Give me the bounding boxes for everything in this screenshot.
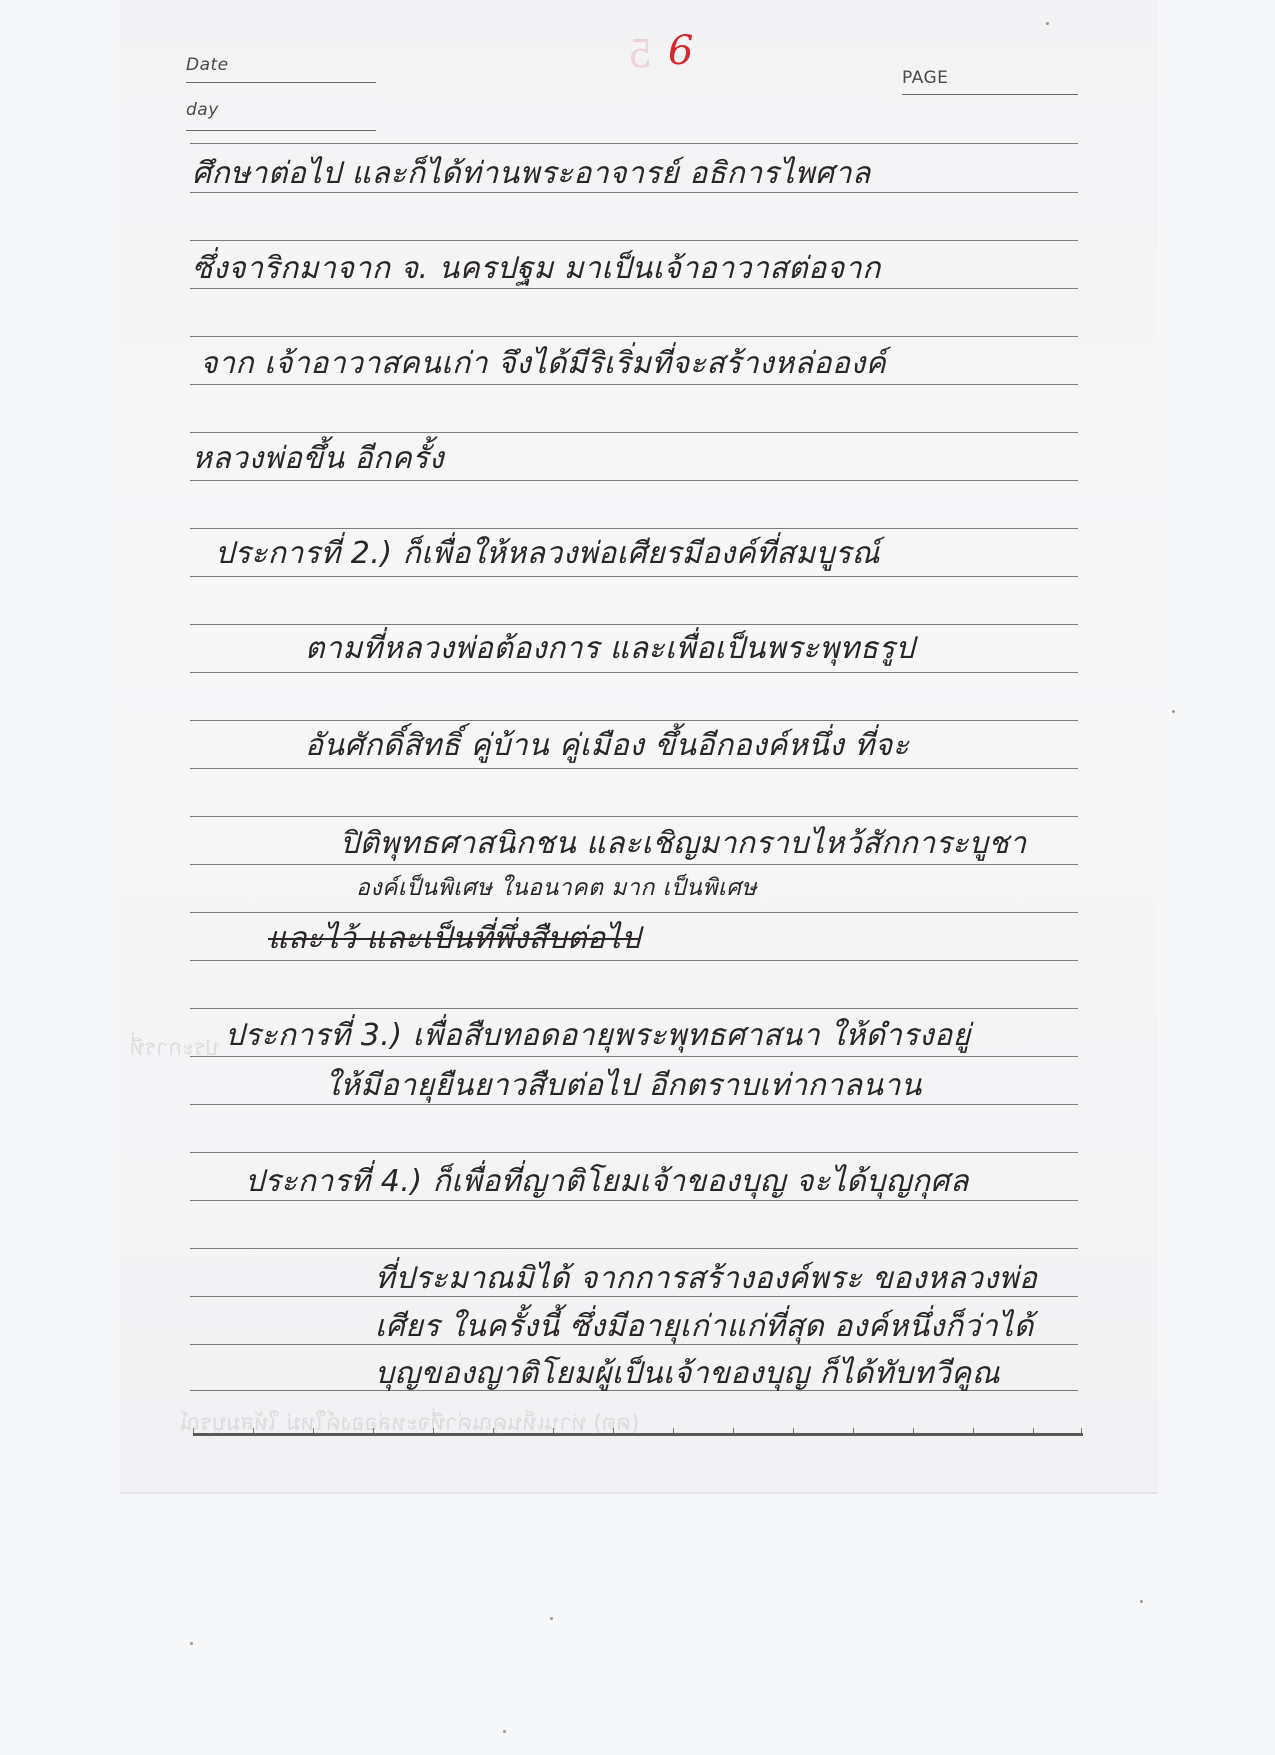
text-line-7: อันศักดิ์สิทธิ์ คู่บ้าน คู่เมือง ขึ้นอีก… [305,722,909,769]
text-line-5-item-2: ประการที่ 2.) ก็เพื่อให้หลวงพ่อเศียรมีอง… [215,530,880,577]
text-line-10: และไว้ และเป็นที่พึ่งสืบต่อไป [268,915,641,962]
rule [190,336,1078,337]
date-rule [186,82,376,83]
text-line-9-insertion: องค์เป็นพิเศษ ในอนาคต มาก เป็นพิเศษ [356,870,757,906]
text-line-15: เศียร ในครั้งนี้ ซึ่งมีอายุเก่าแก่ที่สุด… [375,1303,1034,1350]
text-line-1: ศึกษาต่อไป และก็ได้ท่านพระอาจารย์ อธิการ… [192,150,871,197]
bleed-through-left: ประการที่ [130,1030,220,1065]
page-number: 6 [668,28,693,74]
page-label: PAGE [902,68,948,88]
text-line-3: จาก เจ้าอาวาสคนเก่า จึงได้มีริเริ่มที่จะ… [200,340,886,387]
date-label: Date [186,55,229,75]
rule [190,912,1078,913]
ghost-page-number: 5 [628,32,652,76]
rule [190,1008,1078,1009]
page-rule [902,94,1078,95]
text-line-11-item-3: ประการที่ 3.) เพื่อสืบทอดอายุพระพุทธศาสน… [225,1012,971,1059]
rule [190,816,1078,817]
text-line-8: ปิติพุทธศาสนิกชน และเชิญมากราบไหว้สักการ… [340,820,1027,867]
rule [190,143,1078,144]
rule [190,528,1078,529]
bottom-rule-ticks [193,1428,1083,1434]
text-line-12: ให้มีอายุยืนยาวสืบต่อไป อีกตราบเท่ากาลนา… [325,1062,922,1109]
rule [190,240,1078,241]
rule [190,720,1078,721]
day-label: day [186,100,219,120]
day-rule [186,130,376,131]
rule [190,672,1078,673]
text-line-13-item-4: ประการที่ 4.) ก็เพื่อที่ญาติโยมเจ้าของบุ… [245,1158,969,1205]
rule [190,1152,1078,1153]
text-line-4: หลวงพ่อขึ้น อีกครั้ง [192,435,444,482]
rule [190,1248,1078,1249]
text-line-16: บุญของญาติโยมผู้เป็นเจ้าของบุญ ก็ได้ทับท… [375,1350,1000,1397]
text-line-14: ที่ประมาณมิได้ จากการสร้างองค์พระ ของหลว… [375,1255,1037,1302]
struck-text: และไว้ และเป็นที่พึ่งสืบต่อไป [268,921,641,956]
rule [190,432,1078,433]
text-line-2: ซึ่งจาริกมาจาก จ. นครปฐม มาเป็นเจ้าอาวาส… [192,245,881,292]
text-line-6: ตามที่หลวงพ่อต้องการ และเพื่อเป็นพระพุทธ… [305,625,915,672]
